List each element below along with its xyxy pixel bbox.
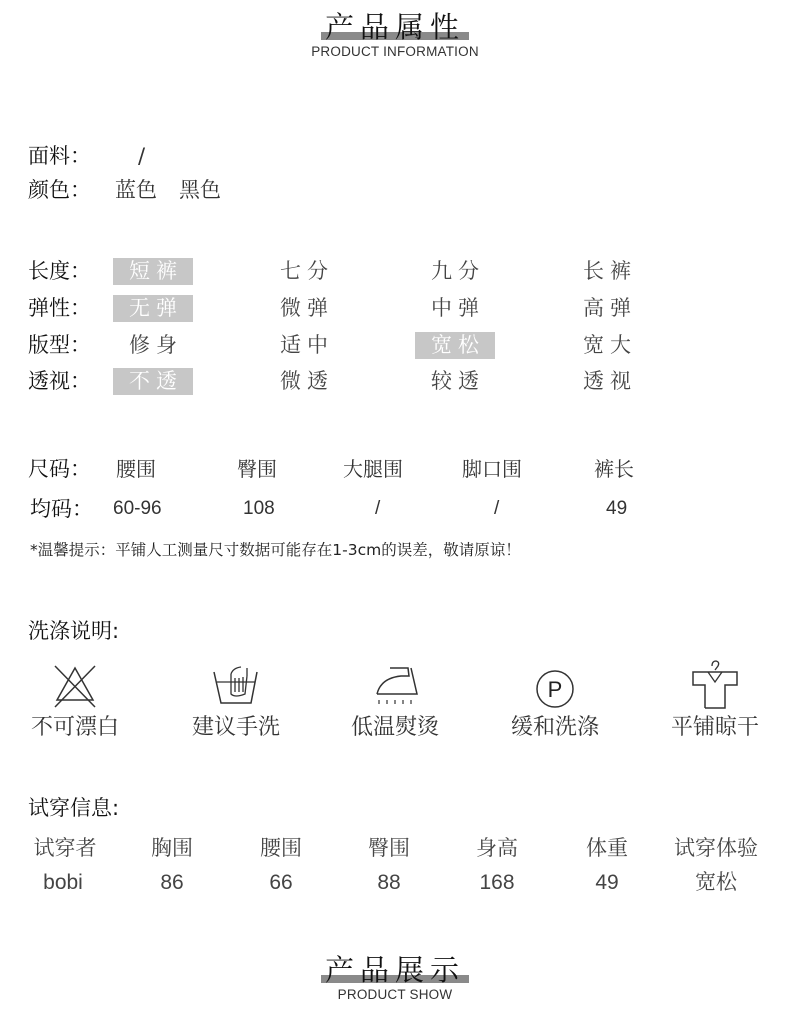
size-value: / [375,496,380,522]
attr-label-transparency: 透视： [28,368,91,394]
wash-label: 缓和洗涤 [485,714,625,742]
attr-option: 微透 [264,368,344,395]
attr-option-selected: 宽松 [415,332,495,359]
attr-label-elasticity: 弹性： [28,295,91,321]
color-label: 颜色： [28,177,91,203]
tryon-col-header: 身高 [452,834,542,862]
attr-option: 微弹 [264,295,344,322]
measurement-note: *温馨提示：平铺人工测量尺寸数据可能存在1-3cm的误差，敬请原谅！ [30,539,521,561]
tryon-title: 试穿信息: [28,795,119,821]
size-value: / [494,496,499,522]
tryon-col-header: 臀围 [344,834,434,862]
fabric-label: 面料： [28,143,91,169]
size-col-header: 臀围 [237,456,277,482]
tryon-col-header: 体重 [562,834,652,862]
no-bleach-icon [50,660,100,710]
wash-label: 建议手洗 [166,714,306,742]
attr-option: 修身 [113,332,193,359]
hand-wash-icon [211,660,261,710]
attr-option-selected: 短裤 [113,258,193,285]
section-title: 产品展示 [321,953,469,987]
tryon-value: 168 [452,869,542,897]
size-col-header: 脚口围 [462,456,522,482]
tryon-col-header: 试穿体验 [661,834,771,862]
tryon-col-header: 腰围 [236,834,326,862]
attr-option: 九分 [415,258,495,285]
section-title-text: 产品属性 [325,10,465,44]
section-title: 产品属性 [321,10,469,44]
wash-label: 不可漂白 [5,714,145,742]
wash-item-no-bleach: 不可漂白 [5,660,145,742]
attr-option: 长裤 [567,258,647,285]
fabric-value: / [138,143,145,169]
attr-option: 适中 [264,332,344,359]
size-value: 49 [606,496,627,522]
attr-label-fit: 版型： [28,332,91,358]
tryon-value: 86 [127,869,217,897]
section-subtitle: PRODUCT INFORMATION [0,44,790,60]
size-value: 60-96 [113,496,162,522]
color-value-blue: 蓝色 [115,177,157,203]
section-title-text: 产品展示 [325,953,465,987]
wash-item-low-iron: 低温熨烫 [325,660,465,742]
attr-option: 高弹 [567,295,647,322]
tryon-col-header: 试穿者 [20,834,110,862]
wash-item-gentle-clean: P 缓和洗涤 [485,660,625,742]
wash-title: 洗涤说明: [28,618,119,644]
low-iron-icon [367,660,423,710]
attr-label-length: 长度： [28,258,91,284]
size-col-header: 大腿围 [343,456,403,482]
wash-item-hang-dry: 平铺晾干 [645,660,785,742]
wash-label: 平铺晾干 [645,714,785,742]
svg-text:P: P [548,677,563,702]
attr-option: 七分 [264,258,344,285]
tryon-value: 宽松 [661,869,771,897]
gentle-dry-clean-icon: P [530,660,580,710]
section-header-product-info: 产品属性 PRODUCT INFORMATION [0,10,790,60]
attr-option-selected: 无弹 [113,295,193,322]
size-col-header: 裤长 [594,456,634,482]
size-col-header: 腰围 [116,456,156,482]
section-subtitle: PRODUCT SHOW [0,987,790,1003]
wash-label: 低温熨烫 [325,714,465,742]
wash-item-hand-wash: 建议手洗 [166,660,306,742]
size-label: 尺码： [28,456,91,482]
tryon-value: 88 [344,869,434,897]
size-value: 108 [243,496,275,522]
attr-option-selected: 不透 [113,368,193,395]
section-header-product-show: 产品展示 PRODUCT SHOW [0,953,790,1003]
attr-option: 中弹 [415,295,495,322]
tryon-value: 49 [562,869,652,897]
size-row-label: 均码： [30,496,93,522]
attr-option: 较透 [415,368,495,395]
tryon-value: bobi [20,869,106,897]
attr-option: 宽大 [567,332,647,359]
tryon-value: 66 [236,869,326,897]
attr-option: 透视 [567,368,647,395]
color-value-black: 黑色 [179,177,221,203]
tryon-col-header: 胸围 [127,834,217,862]
hang-dry-icon [687,660,743,710]
